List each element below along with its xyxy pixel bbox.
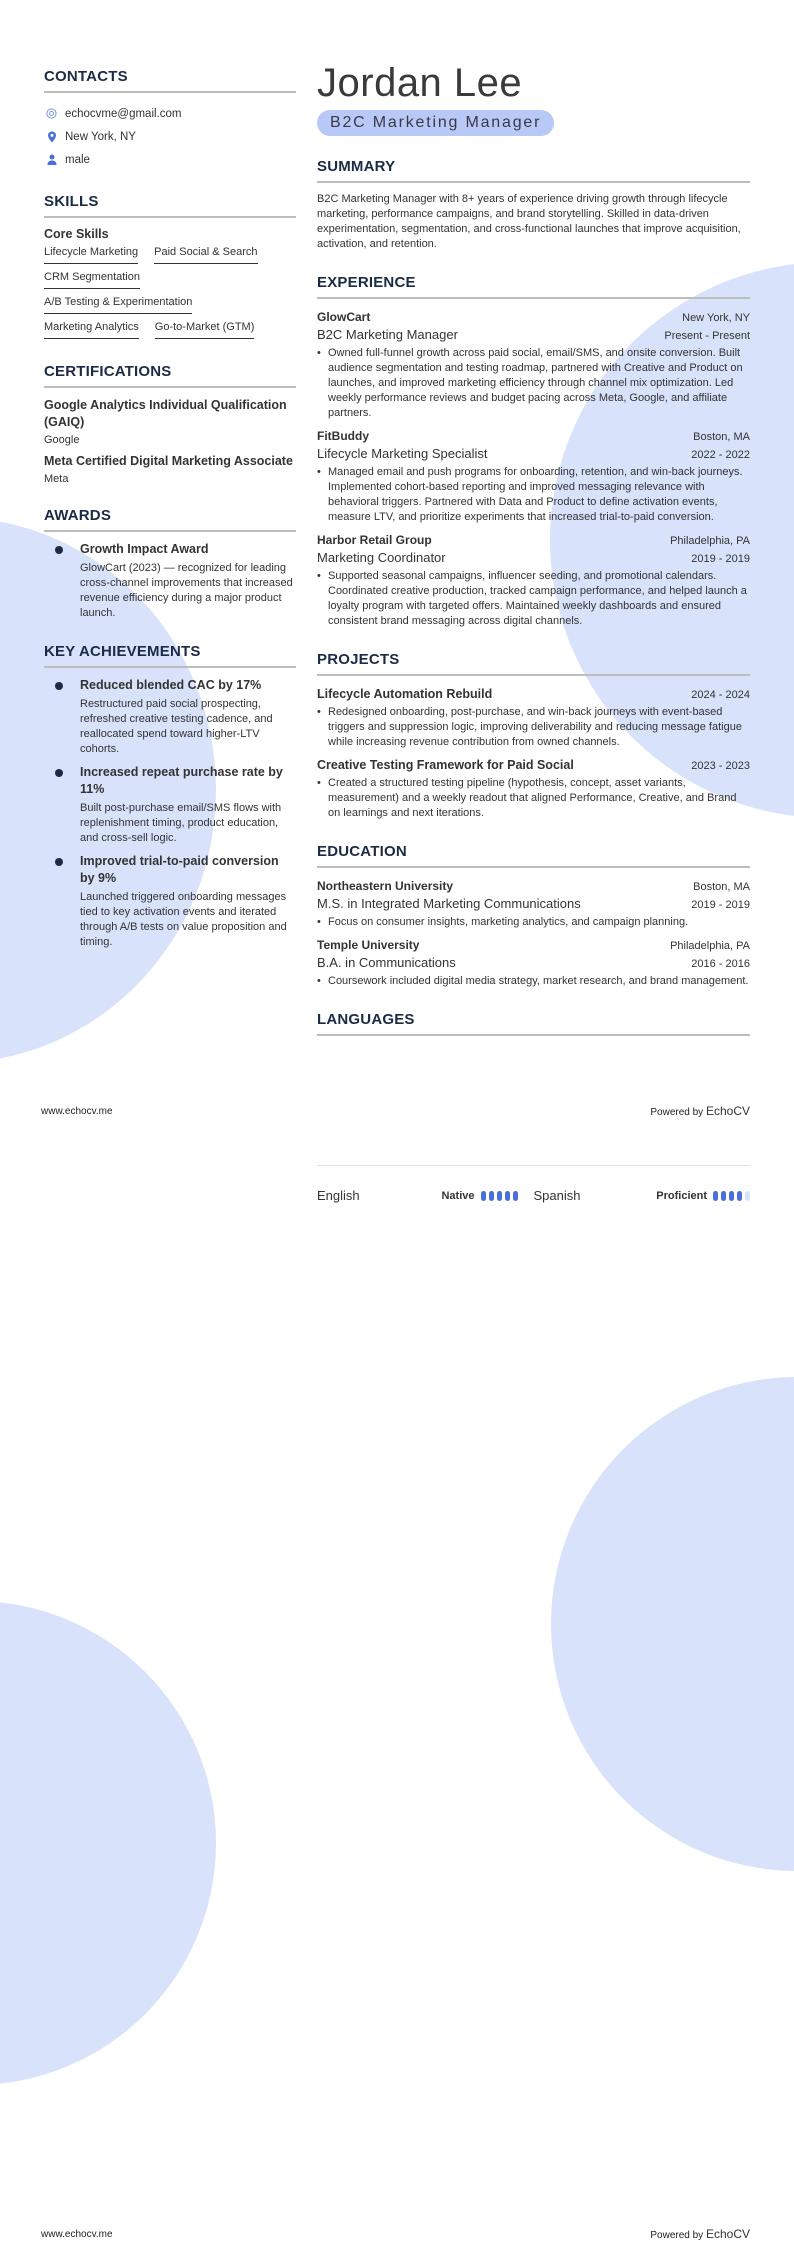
section-title: AWARDS [44, 507, 296, 532]
award-description: GlowCart (2023) — recognized for leading… [80, 561, 296, 621]
bullet-dot-icon [55, 769, 63, 777]
section-title: EXPERIENCE [317, 274, 750, 299]
school-location: Boston, MA [693, 881, 750, 893]
job-location: Philadelphia, PA [670, 535, 750, 547]
skills-section: SKILLS Core Skills Lifecycle Marketing P… [44, 193, 296, 343]
powered-by: Powered by EchoCV [650, 1104, 750, 1118]
page-footer: www.echocv.me Powered by EchoCV [41, 2227, 750, 2241]
achievement-item: Reduced blended CAC by 17% Restructured … [44, 677, 296, 757]
project-description: Redesigned onboarding, post-purchase, an… [317, 705, 750, 750]
rating-pill [489, 1191, 494, 1201]
certifications-section: CERTIFICATIONS Google Analytics Individu… [44, 363, 296, 485]
rating-pill [513, 1191, 518, 1201]
job-location: Boston, MA [693, 431, 750, 443]
language-item: Spanish Proficient [534, 1188, 751, 1203]
education-dates: 2016 - 2016 [691, 958, 750, 970]
website-link[interactable]: www.echocv.me [41, 1106, 113, 1117]
company-name: GlowCart [317, 308, 370, 326]
rating-pill [745, 1191, 750, 1201]
languages-list: English Native Spanish Proficient [317, 1165, 750, 1203]
degree: M.S. in Integrated Marketing Communicati… [317, 895, 581, 913]
job-dates: Present - Present [664, 330, 750, 342]
achievement-item: Improved trial-to-paid conversion by 9% … [44, 853, 296, 950]
project-name: Lifecycle Automation Rebuild [317, 685, 492, 703]
project-dates: 2023 - 2023 [691, 760, 750, 772]
project-item: Creative Testing Framework for Paid Soci… [317, 756, 750, 821]
decorative-circle [0, 1601, 216, 2085]
contact-value: New York, NY [65, 131, 136, 143]
school-name: Northeastern University [317, 877, 453, 895]
powered-by-label: Powered by [650, 2230, 703, 2241]
certification-issuer: Meta [44, 473, 296, 485]
degree: B.A. in Communications [317, 954, 456, 972]
resume-page-1: CONTACTS echocvme@gmail.com New York, NY [0, 0, 794, 1123]
contact-value: echocvme@gmail.com [65, 108, 182, 120]
skill-chip: Lifecycle Marketing [44, 243, 138, 264]
left-column: CONTACTS echocvme@gmail.com New York, NY [44, 68, 296, 950]
job-description: Managed email and push programs for onbo… [317, 465, 750, 525]
language-rating [481, 1191, 518, 1201]
achievements-section: KEY ACHIEVEMENTS Reduced blended CAC by … [44, 643, 296, 950]
job-role: Lifecycle Marketing Specialist [317, 445, 488, 463]
section-title: CONTACTS [44, 68, 296, 93]
contact-value: male [65, 154, 90, 166]
contact-location: New York, NY [44, 125, 296, 148]
language-name: English [317, 1188, 441, 1203]
education-item: Northeastern UniversityBoston, MA M.S. i… [317, 877, 750, 930]
education-dates: 2019 - 2019 [691, 899, 750, 911]
experience-item: FitBuddyBoston, MA Lifecycle Marketing S… [317, 427, 750, 525]
certification-name: Google Analytics Individual Qualificatio… [44, 397, 296, 431]
achievement-title: Reduced blended CAC by 17% [80, 677, 296, 694]
summary-section: SUMMARY B2C Marketing Manager with 8+ ye… [317, 158, 750, 252]
rating-pill [497, 1191, 502, 1201]
school-location: Philadelphia, PA [670, 940, 750, 952]
page-footer: www.echocv.me Powered by EchoCV [41, 1104, 750, 1118]
resume-page-2 [0, 1123, 794, 2246]
section-title: CERTIFICATIONS [44, 363, 296, 388]
languages-section: LANGUAGES [317, 1011, 750, 1036]
job-location: New York, NY [682, 312, 750, 324]
job-dates: 2019 - 2019 [691, 553, 750, 565]
contact-gender: male [44, 148, 296, 171]
bullet-dot-icon [55, 682, 63, 690]
contacts-section: CONTACTS echocvme@gmail.com New York, NY [44, 68, 296, 171]
experience-section: EXPERIENCE GlowCartNew York, NY B2C Mark… [317, 274, 750, 629]
rating-pill [729, 1191, 734, 1201]
powered-by-label: Powered by [650, 1107, 703, 1118]
language-item: English Native [317, 1188, 534, 1203]
section-title: SUMMARY [317, 158, 750, 183]
project-dates: 2024 - 2024 [691, 689, 750, 701]
experience-item: Harbor Retail GroupPhiladelphia, PA Mark… [317, 531, 750, 629]
person-icon [46, 154, 57, 165]
skill-chip: CRM Segmentation [44, 268, 140, 289]
brand-name: EchoCV [706, 1104, 750, 1118]
rating-pill [721, 1191, 726, 1201]
certification-issuer: Google [44, 434, 296, 446]
rating-pill [505, 1191, 510, 1201]
education-description: Coursework included digital media strate… [317, 974, 750, 989]
job-dates: 2022 - 2022 [691, 449, 750, 461]
skills-list: Lifecycle Marketing Paid Social & Search… [44, 243, 296, 343]
job-role: Marketing Coordinator [317, 549, 446, 567]
rating-pill [713, 1191, 718, 1201]
company-name: Harbor Retail Group [317, 531, 432, 549]
section-title: LANGUAGES [317, 1011, 750, 1036]
summary-text: B2C Marketing Manager with 8+ years of e… [317, 192, 750, 252]
location-pin-icon [46, 131, 57, 142]
section-title: SKILLS [44, 193, 296, 218]
skill-chip: Go-to-Market (GTM) [155, 318, 255, 339]
education-section: EDUCATION Northeastern UniversityBoston,… [317, 843, 750, 989]
skill-chip: A/B Testing & Experimentation [44, 293, 192, 314]
powered-by: Powered by EchoCV [650, 2227, 750, 2241]
certification-name: Meta Certified Digital Marketing Associa… [44, 453, 296, 470]
certification-item: Google Analytics Individual Qualificatio… [44, 397, 296, 446]
project-description: Created a structured testing pipeline (h… [317, 776, 750, 821]
achievement-title: Improved trial-to-paid conversion by 9% [80, 853, 296, 887]
at-icon [46, 108, 57, 119]
company-name: FitBuddy [317, 427, 369, 445]
certification-item: Meta Certified Digital Marketing Associa… [44, 453, 296, 485]
skills-group-title: Core Skills [44, 227, 296, 241]
education-description: Focus on consumer insights, marketing an… [317, 915, 750, 930]
rating-pill [737, 1191, 742, 1201]
award-title: Growth Impact Award [80, 541, 296, 558]
skill-chip: Paid Social & Search [154, 243, 257, 264]
language-level: Native [441, 1190, 474, 1202]
project-name: Creative Testing Framework for Paid Soci… [317, 756, 574, 774]
job-description: Supported seasonal campaigns, influencer… [317, 569, 750, 629]
projects-section: PROJECTS Lifecycle Automation Rebuild202… [317, 651, 750, 821]
award-item: Growth Impact Award GlowCart (2023) — re… [44, 541, 296, 621]
achievement-description: Launched triggered onboarding messages t… [80, 890, 296, 950]
section-title: EDUCATION [317, 843, 750, 868]
rating-pill [481, 1191, 486, 1201]
section-title: PROJECTS [317, 651, 750, 676]
right-column: Jordan Lee B2C Marketing Manager SUMMARY… [317, 60, 750, 1045]
language-name: Spanish [534, 1188, 657, 1203]
achievement-title: Increased repeat purchase rate by 11% [80, 764, 296, 798]
candidate-name: Jordan Lee [317, 60, 750, 106]
section-title: KEY ACHIEVEMENTS [44, 643, 296, 668]
website-link[interactable]: www.echocv.me [41, 2229, 113, 2240]
brand-name: EchoCV [706, 2227, 750, 2241]
bullet-dot-icon [55, 546, 63, 554]
awards-section: AWARDS Growth Impact Award GlowCart (202… [44, 507, 296, 621]
language-level: Proficient [656, 1190, 707, 1202]
decorative-circle [551, 1377, 794, 1871]
achievement-item: Increased repeat purchase rate by 11% Bu… [44, 764, 296, 846]
job-description: Owned full-funnel growth across paid soc… [317, 346, 750, 421]
job-role: B2C Marketing Manager [317, 326, 458, 344]
contact-email[interactable]: echocvme@gmail.com [44, 102, 296, 125]
skill-chip: Marketing Analytics [44, 318, 139, 339]
achievement-description: Built post-purchase email/SMS flows with… [80, 801, 296, 846]
bullet-dot-icon [55, 858, 63, 866]
experience-item: GlowCartNew York, NY B2C Marketing Manag… [317, 308, 750, 421]
language-rating [713, 1191, 750, 1201]
achievement-description: Restructured paid social prospecting, re… [80, 697, 296, 757]
job-title-badge: B2C Marketing Manager [317, 110, 554, 136]
education-item: Temple UniversityPhiladelphia, PA B.A. i… [317, 936, 750, 989]
project-item: Lifecycle Automation Rebuild2024 - 2024 … [317, 685, 750, 750]
school-name: Temple University [317, 936, 419, 954]
